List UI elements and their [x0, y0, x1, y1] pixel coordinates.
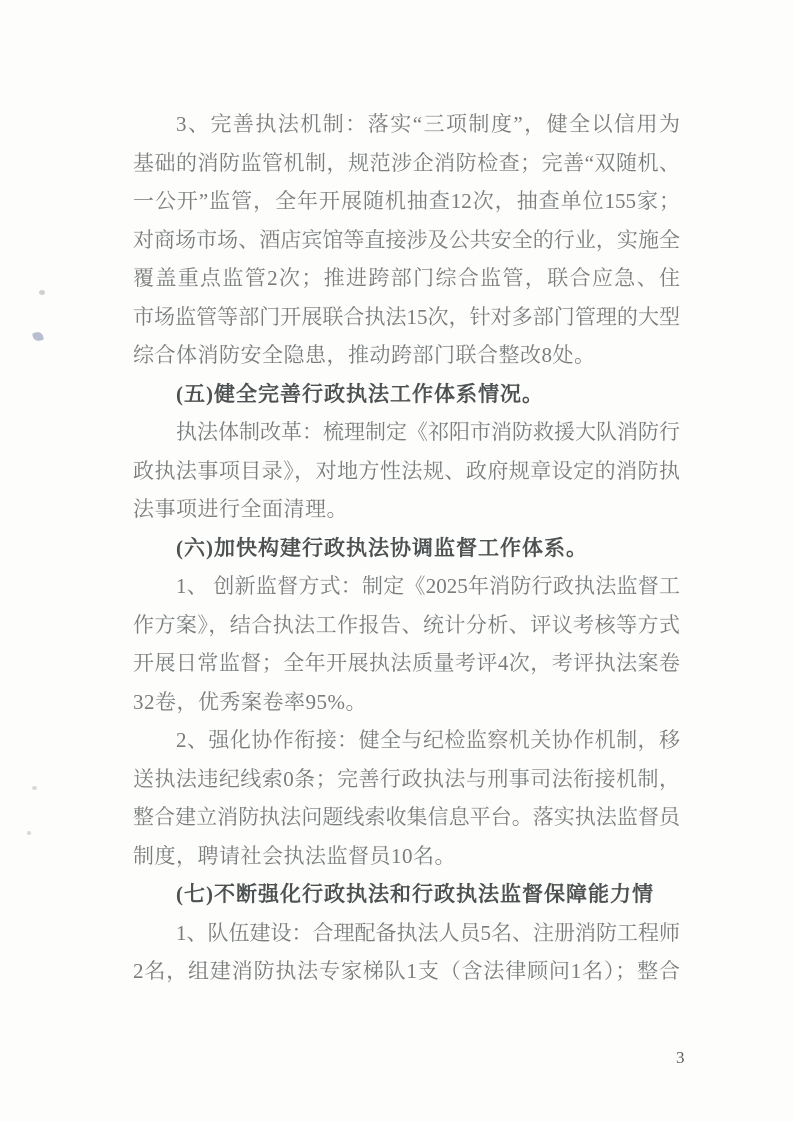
text-line: 2、强化协作衔接：健全与纪检监察机关协作机制，移	[133, 721, 680, 760]
text-line: 政执法事项目录》，对地方性法规、政府规章设定的消防执	[133, 452, 680, 491]
text-line: 市场监管等部门开展联合执法15次，针对多部门管理的大型	[133, 298, 680, 337]
scanned-document-page: 3、完善执法机制：落实“三项制度”，健全以信用为基础的消防监管机制，规范涉企消防…	[0, 0, 793, 1122]
section-heading: (五)健全完善行政执法工作体系情况。	[133, 375, 680, 414]
text-line: 32卷，优秀案卷率95%。	[133, 683, 680, 722]
page-number: 3	[676, 1046, 685, 1070]
text-line: 法事项进行全面清理。	[133, 490, 680, 529]
document-body: 3、完善执法机制：落实“三项制度”，健全以信用为基础的消防监管机制，规范涉企消防…	[133, 105, 680, 991]
text-line: 综合体消防安全隐患，推动跨部门联合整改8处。	[133, 336, 680, 375]
text-line: 整合建立消防执法问题线索收集信息平台。落实执法监督员	[133, 798, 680, 837]
text-line: 开展日常监督；全年开展执法质量考评4次，考评执法案卷	[133, 644, 680, 683]
text-line: 3、完善执法机制：落实“三项制度”，健全以信用为	[133, 105, 680, 144]
text-line: 2名，组建消防执法专家梯队1支（含法律顾问1名）；整合	[133, 952, 680, 991]
text-line: 制度，聘请社会执法监督员10名。	[133, 837, 680, 876]
scan-smudge	[27, 831, 31, 835]
text-line: 送执法违纪线索0条；完善行政执法与刑事司法衔接机制，	[133, 760, 680, 799]
scan-smudge	[32, 786, 37, 790]
text-line: 一公开”监管，全年开展随机抽查12次，抽查单位155家；	[133, 182, 680, 221]
text-line: 作方案》，结合执法工作报告、统计分析、评议考核等方式	[133, 606, 680, 645]
scan-smudge	[39, 290, 45, 295]
text-line: 基础的消防监管机制，规范涉企消防检查；完善“双随机、	[133, 144, 680, 183]
scan-smudge	[32, 331, 44, 342]
text-line: 1、 创新监督方式：制定《2025年消防行政执法监督工	[133, 567, 680, 606]
text-line: 覆盖重点监管2次；推进跨部门综合监管，联合应急、住建、	[133, 259, 680, 298]
text-line: 执法体制改革：梳理制定《祁阳市消防救援大队消防行	[133, 413, 680, 452]
text-line: 1、队伍建设：合理配备执法人员5名、注册消防工程师	[133, 914, 680, 953]
text-line: 对商场市场、酒店宾馆等直接涉及公共安全的行业，实施全	[133, 221, 680, 260]
section-heading: (六)加快构建行政执法协调监督工作体系。	[133, 529, 680, 568]
section-heading: (七)不断强化行政执法和行政执法监督保障能力情况。	[133, 875, 680, 914]
